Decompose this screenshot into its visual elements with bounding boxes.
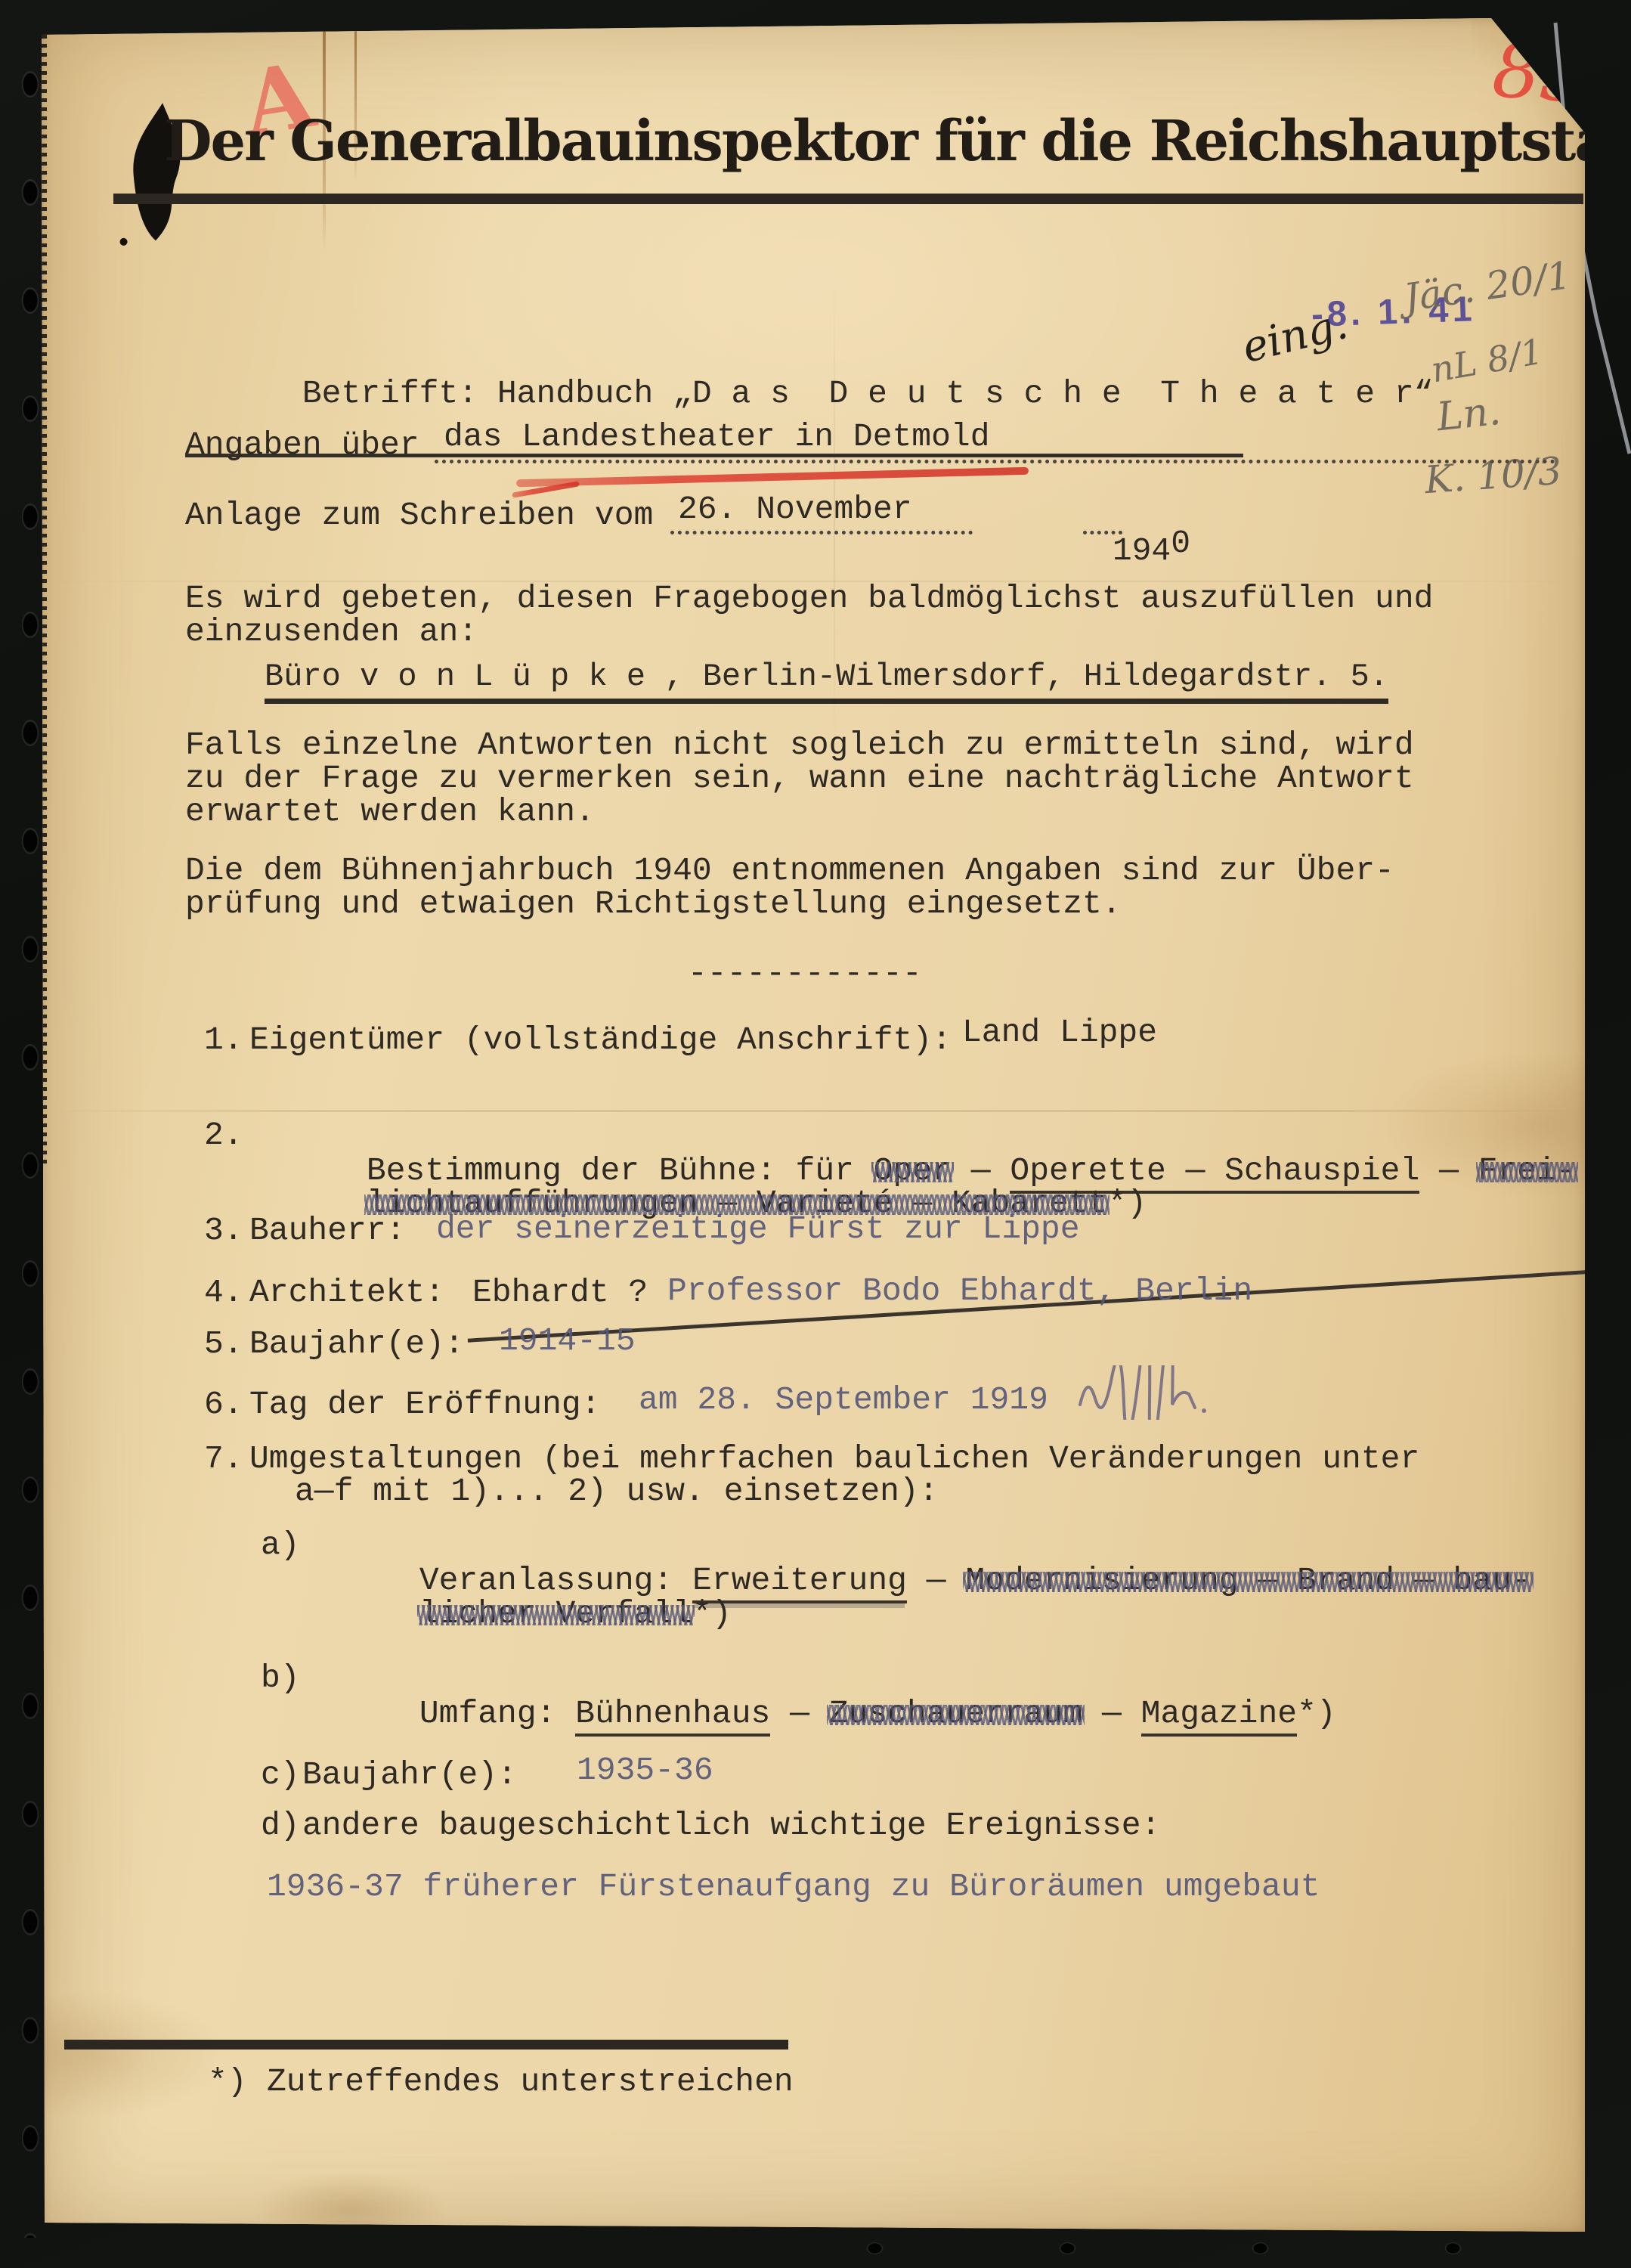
typed-answer: Land Lippe <box>962 1015 1157 1050</box>
subquestion-b-options: Umfang: Bühnenhaus — Zuschauerraum — Mag… <box>302 1660 1336 1768</box>
options-struck: Modernisierung — Brand — bau- <box>965 1562 1530 1599</box>
subquestion-label: andere baugeschichtlich wichtige Ereigni… <box>302 1808 1160 1843</box>
intro-paragraph-line: prüfung und etwaigen Richtigstellung ein… <box>185 886 1122 922</box>
dash-separator: — <box>770 1695 828 1732</box>
letterhead-title: Der Generalbauinspektor für die Reichsha… <box>164 109 1631 174</box>
section-divider-dashes: ------------ <box>688 956 922 991</box>
angaben-dotted-line <box>435 460 1555 463</box>
subquestion-key: d) <box>261 1808 300 1843</box>
subquestion-a-options-line2: licher Verfall*) <box>302 1560 732 1668</box>
anlage-dotted-line <box>670 531 973 534</box>
typed-answer: der seinerzeitige Fürst zur Lippe <box>436 1211 1080 1247</box>
intro-paragraph-line: zu der Frage zu vermerken sein, wann ein… <box>185 761 1414 796</box>
intro-paragraph-line: Es wird gebeten, diesen Fragebogen baldm… <box>185 581 1433 616</box>
typed-answer: 1914-15 <box>499 1323 636 1359</box>
subquestion-label: Umfang: <box>419 1695 556 1732</box>
anlage-date: 26. November <box>678 491 912 527</box>
return-address: Büro v o n L ü p k e , Berlin-Wilmersdor… <box>265 659 1388 704</box>
option-struck-zuschauerraum: Zuschauerraum <box>829 1695 1082 1732</box>
question-label: Umgestaltungen (bei mehrfachen baulichen… <box>249 1441 1419 1476</box>
dash-separator: — <box>1419 1152 1478 1189</box>
intro-paragraph-line: erwartet werden kann. <box>185 794 595 829</box>
footnote-reference: *) <box>1107 1185 1147 1222</box>
footnote-marker: *) <box>208 2064 247 2099</box>
anlage-year-dotted-line <box>1083 531 1122 534</box>
option-underlined-buehnenhaus: Bühnenhaus <box>575 1695 770 1737</box>
pencil-note: nL 8/1 <box>1428 330 1546 390</box>
horizontal-crease <box>42 1110 1585 1112</box>
typed-answer: Professor Bodo Ebhardt, Berlin <box>667 1273 1252 1309</box>
question-number: 7. <box>204 1441 243 1476</box>
question-number: 5. <box>204 1326 243 1362</box>
pencil-note: Jäc. 20/1 <box>1401 253 1574 320</box>
anlage-year-corrected-digit: 0 <box>1171 525 1190 562</box>
spacer <box>556 1695 575 1732</box>
footnote-reference: *) <box>692 1595 732 1632</box>
typed-answer: 1935-36 <box>577 1752 713 1788</box>
angaben-value: das Landestheater in Detmold <box>444 419 990 454</box>
dash-separator: — <box>907 1562 965 1599</box>
anlage-label: Anlage zum Schreiben vom <box>185 497 653 533</box>
intro-paragraph-line: Falls einzelne Antworten nicht sogleich … <box>185 727 1414 763</box>
subquestion-key: c) <box>261 1757 300 1792</box>
question-label: Baujahr(e): <box>249 1326 464 1362</box>
pencil-scribble <box>1075 1365 1212 1420</box>
option-underlined-magazine: Magazine <box>1141 1695 1297 1737</box>
paper-sheet: A 83 Der Generalbauinspektor für die Rei… <box>42 18 1585 2232</box>
options-struck-line2: licher Verfall <box>419 1595 692 1632</box>
footnote-text: Zutreffendes unterstreichen <box>267 2064 794 2099</box>
subject-value: „D a s D e u t s c h e T h e a t e r“ <box>673 375 1433 412</box>
typed-answer: 1936-37 früherer Fürstenaufgang zu Büror… <box>267 1869 1320 1904</box>
pencil-note: Ln. <box>1434 389 1503 441</box>
typed-answer: am 28. September 1919 <box>639 1382 1048 1417</box>
question-number: 1. <box>204 1022 243 1058</box>
intro-paragraph-line: Die dem Bühnenjahrbuch 1940 entnommenen … <box>185 853 1394 888</box>
anlage-year-main: 194 <box>1113 532 1171 569</box>
subquestion-label: Baujahr(e): <box>302 1757 517 1792</box>
question-label-line2: a—f mit 1)... 2) usw. einsetzen): <box>295 1473 939 1509</box>
question-label: Bauherr: <box>249 1213 405 1248</box>
question-label: Architekt: <box>249 1275 444 1310</box>
question-label: Eigentümer (vollständige Anschrift): <box>249 1022 952 1058</box>
angaben-label: Angaben über <box>185 427 419 463</box>
footnote-rule <box>64 2040 788 2050</box>
question-number: 6. <box>204 1387 243 1422</box>
letterhead-rule <box>113 194 1583 204</box>
subquestion-key: b) <box>261 1660 300 1696</box>
subject-label: Betrifft: Handbuch <box>302 375 653 412</box>
scanned-document-page: A 83 Der Generalbauinspektor für die Rei… <box>0 0 1631 2268</box>
footnote-reference: *) <box>1297 1695 1336 1732</box>
option-struck-frei: Frei- <box>1478 1152 1576 1189</box>
backing-board-holes <box>778 2232 1631 2265</box>
intro-paragraph-line: einzusenden an: <box>185 614 478 649</box>
question-number: 2. <box>204 1117 243 1153</box>
question-number: 4. <box>204 1275 243 1310</box>
question-label: Tag der Eröffnung: <box>249 1387 600 1422</box>
pencil-note: K. 10/3 <box>1423 449 1563 503</box>
spacer <box>653 375 673 412</box>
dash-separator: — <box>1082 1695 1140 1732</box>
red-crayon-underline <box>516 467 1029 488</box>
question-number: 3. <box>204 1213 243 1248</box>
subquestion-key: a) <box>261 1527 300 1563</box>
